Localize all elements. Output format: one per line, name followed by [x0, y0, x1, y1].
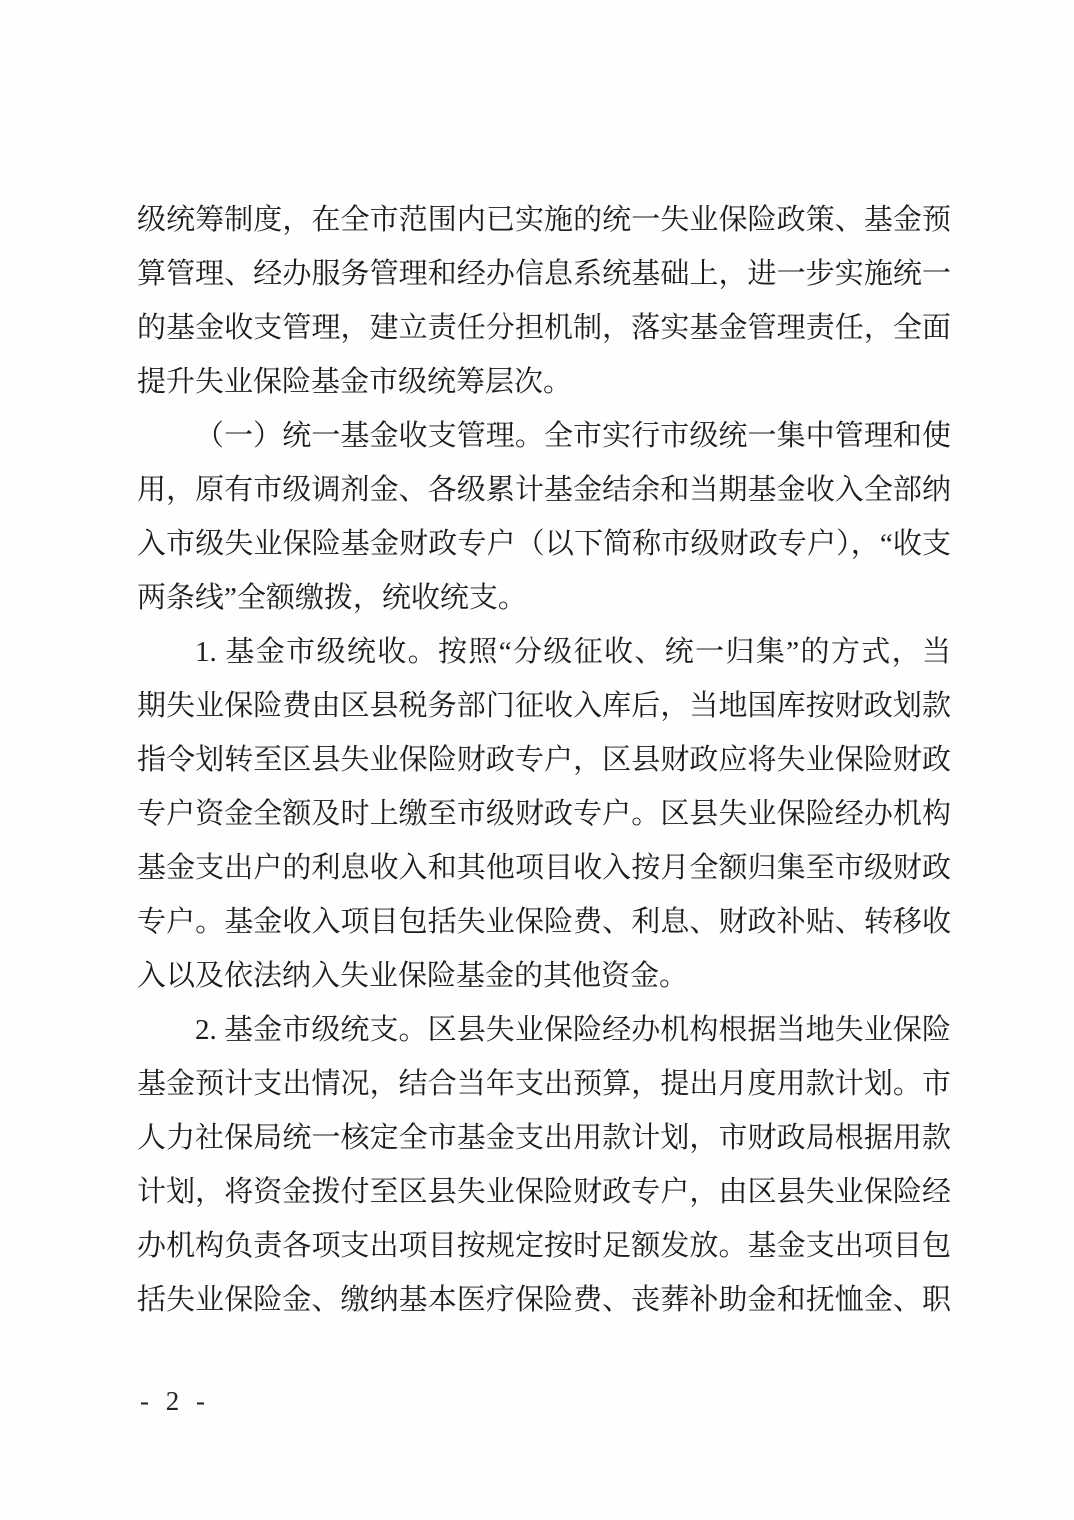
document-page: 级统筹制度，在全市范围内已实施的统一失业保险政策、基金预 算管理、经办服务管理和…	[0, 0, 1074, 1520]
text-line: （一）统一基金收支管理。全市实行市级统一集中管理和使	[137, 409, 951, 463]
text-line: 期失业保险费由区县税务部门征收入库后，当地国库按财政划款	[137, 679, 951, 733]
text-line: 算管理、经办服务管理和经办信息系统基础上，进一步实施统一	[137, 247, 951, 301]
text-line: 用，原有市级调剂金、各级累计基金结余和当期基金收入全部纳	[137, 463, 951, 517]
text-line: 两条线”全额缴拨，统收统支。	[137, 571, 951, 625]
text-line: 的基金收支管理，建立责任分担机制，落实基金管理责任，全面	[137, 301, 951, 355]
page-number: - 2 -	[140, 1386, 210, 1417]
text-line: 括失业保险金、缴纳基本医疗保险费、丧葬补助金和抚恤金、职	[137, 1273, 951, 1327]
text-line: 计划，将资金拨付至区县失业保险财政专户，由区县失业保险经	[137, 1165, 951, 1219]
body-text: 级统筹制度，在全市范围内已实施的统一失业保险政策、基金预 算管理、经办服务管理和…	[137, 193, 951, 1327]
text-line: 人力社保局统一核定全市基金支出用款计划，市财政局根据用款	[137, 1111, 951, 1165]
text-line: 专户。基金收入项目包括失业保险费、利息、财政补贴、转移收	[137, 895, 951, 949]
text-line: 基金预计支出情况，结合当年支出预算，提出月度用款计划。市	[137, 1057, 951, 1111]
text-line: 专户资金全额及时上缴至市级财政专户。区县失业保险经办机构	[137, 787, 951, 841]
text-line: 入市级失业保险基金财政专户（以下简称市级财政专户），“收支	[137, 517, 951, 571]
text-line: 提升失业保险基金市级统筹层次。	[137, 355, 951, 409]
text-line: 级统筹制度，在全市范围内已实施的统一失业保险政策、基金预	[137, 193, 951, 247]
text-line: 1. 基金市级统收。按照“分级征收、统一归集”的方式，当	[137, 625, 951, 679]
text-line: 入以及依法纳入失业保险基金的其他资金。	[137, 949, 951, 1003]
text-line: 办机构负责各项支出项目按规定按时足额发放。基金支出项目包	[137, 1219, 951, 1273]
text-line: 2. 基金市级统支。区县失业保险经办机构根据当地失业保险	[137, 1003, 951, 1057]
text-line: 指令划转至区县失业保险财政专户，区县财政应将失业保险财政	[137, 733, 951, 787]
text-line: 基金支出户的利息收入和其他项目收入按月全额归集至市级财政	[137, 841, 951, 895]
